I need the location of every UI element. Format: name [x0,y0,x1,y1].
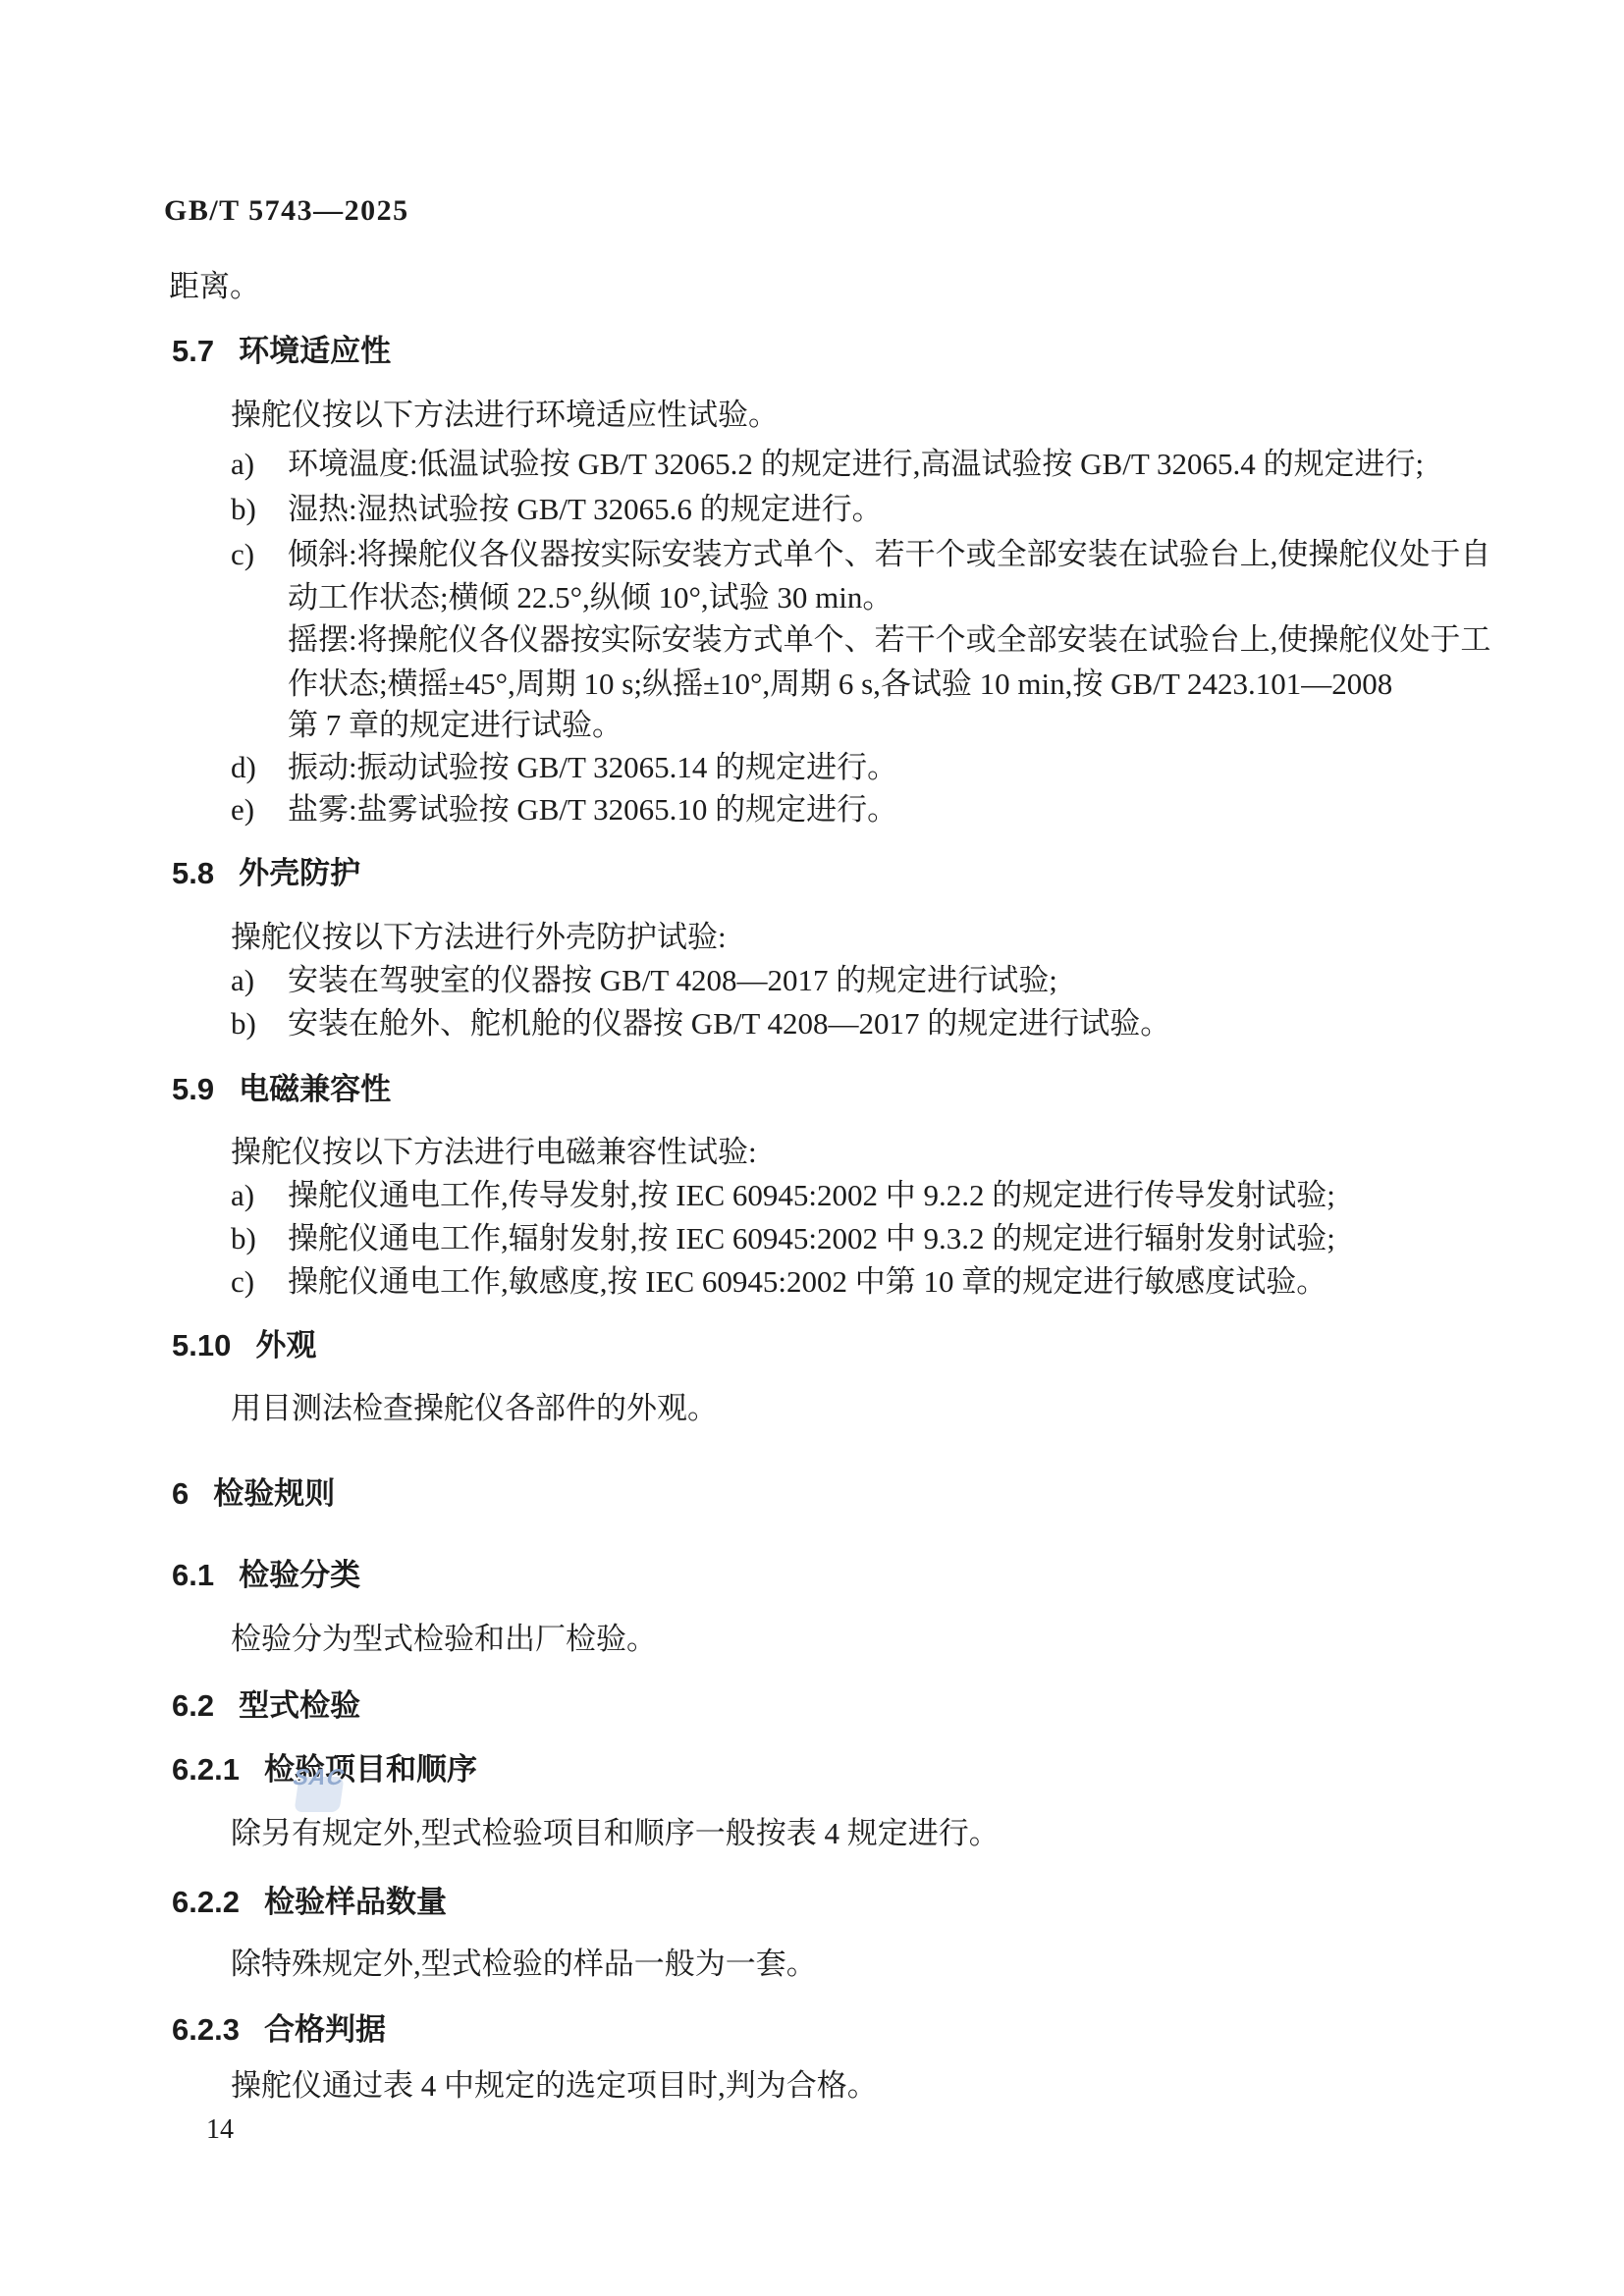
list-marker: b) [231,488,288,531]
list-item-text: 操舵仪通电工作,敏感度,按 IEC 60945:2002 中第 10 章的规定进… [288,1264,1326,1299]
list-marker: e) [231,788,288,831]
section-6-2-heading: 6.2型式检验 [172,1684,360,1728]
page-number: 14 [206,2109,234,2152]
list-item-text: 摇摆:将操舵仪各仪器按实际安装方式单个、若干个或全部安装在试验台上,使操舵仪处于… [288,618,1490,662]
list-item-b: b)湿热:湿热试验按 GB/T 32065.6 的规定进行。 [231,488,883,531]
list-item-d: d)振动:振动试验按 GB/T 32065.14 的规定进行。 [231,746,897,789]
section-number: 6 [172,1476,189,1511]
section-number: 6.2 [172,1688,214,1723]
section-title: 环境适应性 [239,334,391,368]
section-number: 6.2.1 [172,1752,240,1787]
clause-intro: 操舵仪按以下方法进行外壳防护试验: [231,916,727,959]
section-number: 5.10 [172,1328,231,1362]
carryover-text: 距离。 [169,265,260,308]
section-5-8-heading: 5.8外壳防护 [172,852,360,895]
section-6-1-heading: 6.1检验分类 [172,1554,360,1597]
list-item-b: b)安装在舱外、舵机舱的仪器按 GB/T 4208—2017 的规定进行试验。 [231,1002,1170,1045]
list-item-a: a)安装在驾驶室的仪器按 GB/T 4208—2017 的规定进行试验; [231,959,1057,1002]
list-item-text: 作状态;横摇±45°,周期 10 s;纵摇±10°,周期 6 s,各试验 10 … [288,663,1392,706]
clause-paragraph: 用目测法检查操舵仪各部件的外观。 [231,1387,718,1430]
doc-code: GB/T 5743—2025 [164,189,409,233]
section-number: 6.1 [172,1558,214,1592]
section-title: 合格判据 [264,2012,386,2047]
list-item-text: 湿热:湿热试验按 GB/T 32065.6 的规定进行。 [288,492,883,526]
section-title: 型式检验 [239,1688,360,1723]
list-marker: b) [231,1002,288,1045]
section-number: 5.8 [172,856,214,890]
clause-paragraph: 除另有规定外,型式检验项目和顺序一般按表 4 规定进行。 [231,1812,1000,1855]
list-marker: b) [231,1217,288,1260]
section-5-7-heading: 5.7环境适应性 [172,330,391,373]
section-6-heading: 6检验规则 [172,1472,335,1516]
list-item-c: c)操舵仪通电工作,敏感度,按 IEC 60945:2002 中第 10 章的规… [231,1260,1326,1304]
section-5-9-heading: 5.9电磁兼容性 [172,1068,391,1111]
section-title: 电磁兼容性 [239,1072,391,1106]
section-title: 检验分类 [239,1558,360,1592]
clause-paragraph: 除特殊规定外,型式检验的样品一般为一套。 [231,1943,817,1986]
clause-paragraph: 操舵仪通过表 4 中规定的选定项目时,判为合格。 [231,2064,878,2108]
sac-watermark: SAC [292,1768,349,1813]
section-title: 检验样品数量 [264,1885,447,1919]
document-page: GB/T 5743—2025 距离。 5.7环境适应性 操舵仪按以下方法进行环境… [0,0,1624,2296]
list-item-text: 振动:振动试验按 GB/T 32065.14 的规定进行。 [288,750,897,784]
list-item-a: a)操舵仪通电工作,传导发射,按 IEC 60945:2002 中 9.2.2 … [231,1174,1335,1217]
list-item-c: c)倾斜:将操舵仪各仪器按实际安装方式单个、若干个或全部安装在试验台上,使操舵仪… [231,533,1490,576]
list-item-text: 安装在驾驶室的仪器按 GB/T 4208—2017 的规定进行试验; [288,963,1057,997]
list-item-text: 倾斜:将操舵仪各仪器按实际安装方式单个、若干个或全部安装在试验台上,使操舵仪处于… [288,537,1490,571]
clause-intro: 操舵仪按以下方法进行电磁兼容性试验: [231,1131,757,1174]
list-item-a: a)环境温度:低温试验按 GB/T 32065.2 的规定进行,高温试验按 GB… [231,443,1424,486]
section-number: 5.7 [172,334,214,368]
list-item-text: 安装在舱外、舵机舱的仪器按 GB/T 4208—2017 的规定进行试验。 [288,1006,1170,1041]
section-title: 外观 [255,1328,316,1362]
list-item-e: e)盐雾:盐雾试验按 GB/T 32065.10 的规定进行。 [231,788,897,831]
section-number: 5.9 [172,1072,214,1106]
list-item-text: 操舵仪通电工作,传导发射,按 IEC 60945:2002 中 9.2.2 的规… [288,1178,1335,1212]
section-5-10-heading: 5.10外观 [172,1324,316,1367]
clause-intro: 操舵仪按以下方法进行环境适应性试验。 [231,394,779,437]
section-number: 6.2.2 [172,1885,240,1919]
list-marker: c) [231,533,288,576]
list-item-text: 环境温度:低温试验按 GB/T 32065.2 的规定进行,高温试验按 GB/T… [288,447,1424,481]
list-item-text: 操舵仪通电工作,辐射发射,按 IEC 60945:2002 中 9.3.2 的规… [288,1221,1335,1255]
list-marker: c) [231,1260,288,1304]
sac-watermark-text: SAC [292,1764,347,1790]
clause-paragraph: 检验分为型式检验和出厂检验。 [231,1618,657,1661]
section-6-2-2-heading: 6.2.2检验样品数量 [172,1881,447,1924]
list-marker: a) [231,959,288,1002]
section-6-2-3-heading: 6.2.3合格判据 [172,2008,386,2052]
list-marker: a) [231,1174,288,1217]
list-item-text: 第 7 章的规定进行试验。 [288,704,623,747]
list-marker: a) [231,443,288,486]
list-item-text: 动工作状态;横倾 22.5°,纵倾 10°,试验 30 min。 [288,576,893,619]
section-number: 6.2.3 [172,2012,240,2047]
list-item-b: b)操舵仪通电工作,辐射发射,按 IEC 60945:2002 中 9.3.2 … [231,1217,1335,1260]
list-item-text: 盐雾:盐雾试验按 GB/T 32065.10 的规定进行。 [288,792,897,827]
list-marker: d) [231,746,288,789]
section-title: 外壳防护 [239,856,360,890]
section-title: 检验规则 [213,1476,335,1511]
